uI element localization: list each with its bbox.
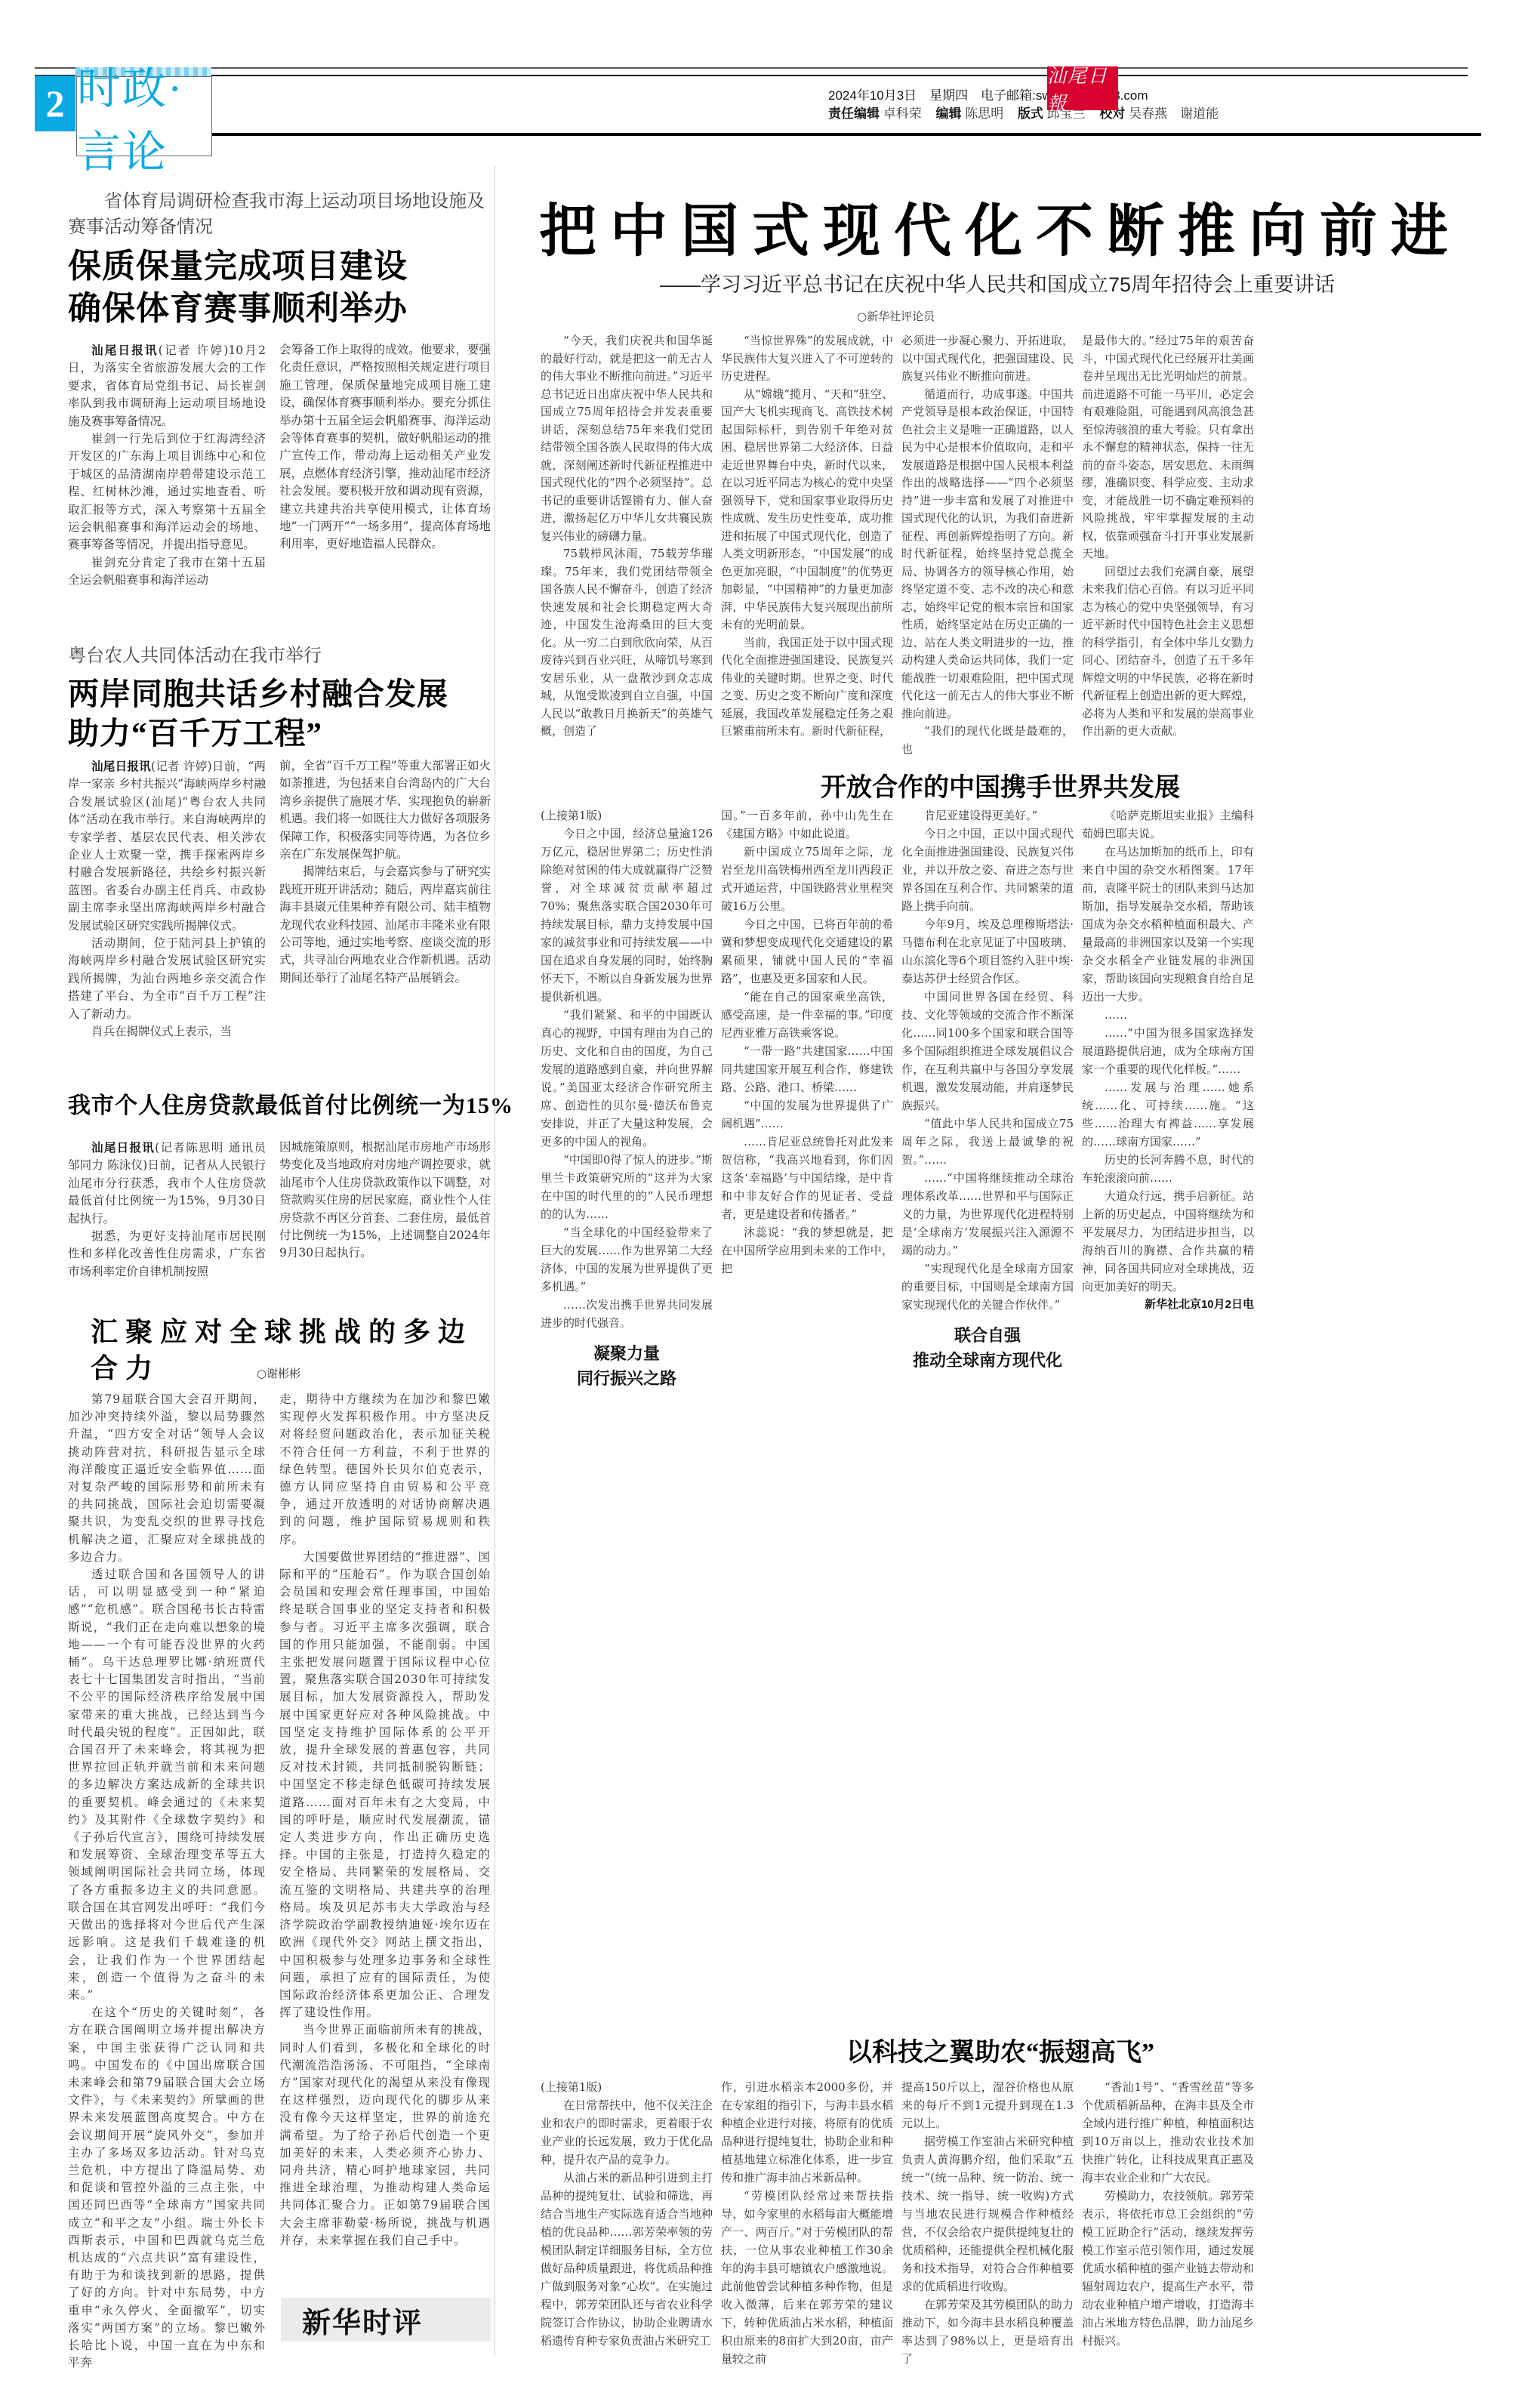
paragraph: 在马达加斯加的纸币上，印有来自中国的杂交水稻图案。17年前，袁隆平院士的团队来到… [1082,843,1254,1006]
paragraph: 大国要做世界团结的“推进器”、国际和平的“压舱石”。作为联合国创始会员国和安理会… [279,1549,491,2021]
paragraph: “劳模团队经常过来帮扶指导，如今家里的水稻每亩大概能增产一、两百斤。”对于劳模团… [721,2187,893,2368]
paragraph: 前，全省“百千万工程”等重大部署正如火如荼推进，为包括来自台湾岛内的广大台湾乡亲… [279,757,491,863]
paragraph: 在郭芳荣及其劳模团队的助力推动下，如今海丰县水稻良种覆盖率达到了98%以上，更是… [901,2295,1074,2368]
crossstrait-headline: 两岸同胞共话乡村融合发展 助力“百千万工程” [68,674,491,753]
agri-col-2: 作，引进水稻亲本2000多份，并在专家组的指引下，与海丰县水稻种植企业进行对接，… [721,2078,893,2368]
sports-headline-line2: 确保体育赛事顺利举办 [68,288,491,330]
paragraph: 今日之中国，正以中国式现代化全面推进强国建设、民族复兴伟业，并以开放之姿、奋进之… [901,825,1074,915]
masthead-thick-rule [211,133,1481,136]
paragraph: “中国的发展为世界提供了广阔机遇”…… [721,1096,893,1133]
column-divider [495,166,495,2356]
sports-headline: 保质保量完成项目建设 确保体育赛事顺利举办 [68,245,491,330]
paragraph: “中国即0得了惊人的进步。”斯里兰卡政策研究所的“这并为大家在中国的时代里的的”… [541,1151,713,1223]
crossstrait-headline-line2: 助力“百千万工程” [68,714,491,753]
paragraph: 作，引进水稻亲本2000多份，并在专家组的指引下，与海丰县水稻种植企业进行对接，… [721,2078,893,2187]
paragraph: “今天，我们庆祝共和国华诞的最好行动，就是把这一前无古人的伟大事业不断推向前进。… [541,332,713,545]
subhead-line: 联合自强 [901,1323,1074,1348]
agri-col-1: (上接第1版) 在日常帮扶中，他不仅关注企业和农户的即时需求，更着眼于农业产业的… [541,2078,713,2350]
multilateral-author: ○谢彬彬 [257,1365,300,1381]
paragraph: 活动期间，位于陆河县上护镇的海峡两岸乡村融合发展试验区研究实践所揭牌，为汕台两地… [68,935,266,1023]
paragraph: 75载栉风沐雨，75载芳华璀璨。75年来，我们党团结带领全国各族人民不懈奋斗，创… [541,545,713,741]
masthead-top-rule [35,67,1468,69]
paragraph: “我们紧紧、和平的中国既认真心的视野，中国有理由为自己的历史、文化和自由的国度，… [541,1006,713,1151]
openness-subhead-2: 联合自强 推动全球南方现代化 [901,1323,1074,1373]
masthead-rule [35,75,1468,76]
staff-credits: 责任编辑 卓科荣 编辑 陈思明 版式 邱宝兰 校对 吴春燕 谢道能 [828,105,1229,123]
paragraph: ……“中国为很多国家选择发展道路提供启迪，成为全球南方国家一个重要的现代化样板。… [1082,1024,1254,1078]
paragraph: 崔剑充分肯定了我市在第十五届全运会帆船赛事和海洋运动 [68,554,266,590]
paragraph: 肖兵在揭牌仪式上表示，当 [68,1023,266,1041]
paragraph: ……“中国将继续推动全球治理体系改革……世界和平与国际正义的力量，为世界现代化进… [901,1169,1074,1259]
section-title: 时政·言论 [76,76,212,156]
openness-col-1: (上接第1版) 今日之中国，经济总量逾126万亿元，稳居世界第二；历史性消除绝对… [541,806,713,1398]
sports-col-2: 会筹备工作上取得的成效。他要求，要强化责任意识，严格按照相关规定进行项目施工管理… [279,341,491,553]
paragraph: 会筹备工作上取得的成效。他要求，要强化责任意识，严格按照相关规定进行项目施工管理… [279,341,491,553]
openness-col-4: 《哈萨克斯坦实业报》主编科茹姆巴耶夫说。在马达加斯加的纸币上，印有来自中国的杂交… [1082,806,1254,1314]
subhead-line: 推动全球南方现代化 [901,1348,1074,1373]
openness-col-2: 国。”一百多年前，孙中山先生在《建国方略》中如此说道。新中国成立75周年之际，龙… [721,806,893,1278]
openness-headline: 开放合作的中国携手世界共发展 [521,766,1480,803]
openness-col-3: 肯尼亚建设得更美好。”今日之中国，正以中国式现代化全面推进强国建设、民族复兴伟业… [901,806,1074,1380]
paragraph: 今日之中国，经济总量逾126万亿元，稳居世界第二；历史性消除绝对贫困的伟大成就赢… [541,825,713,1006]
dateline-lead: 汕尾日报讯 [91,1140,155,1155]
paragraph: 必须进一步凝心聚力、开拓进取，以中国式现代化，把强国建设、民族复兴伟业不断推向前… [901,332,1074,386]
paragraph: 日前，“两岸一家亲 乡村共振兴”海峡两岸乡村融合发展试验区(汕尾)“粤台农人共同… [68,760,266,933]
news-dateline: 新华社北京10月2日电 [1082,1296,1254,1314]
housing-col-2: 因城施策原则，根据汕尾市房地产市场形势变化及当地政府对房地产调控要求，就汕尾市个… [279,1139,491,1263]
continued-note: (上接第1版) [541,806,713,825]
paragraph: 第79届联合国大会召开期间，加沙冲突持续外溢，黎以局势骤然升温，“四方安全对话”… [68,1391,266,1566]
agri-headline: 以科技之翼助农“振翅高飞” [521,2031,1480,2068]
openness-col-1-body: 今日之中国，经济总量逾126万亿元，稳居世界第二；历史性消除绝对贫困的伟大成就赢… [541,825,713,1332]
editorial-title: 把中国式现代化不断推向前进 [521,185,1480,267]
continued-note: (上接第1版) [541,2078,713,2096]
paragraph: 据劳模工作室油占米研究种植负责人黄海鹏介绍，他们采取“五统一”(统一品种、统一防… [901,2132,1074,2295]
paragraph: 沐蕊说：“我的梦想就是，把在中国所学应用到未来的工作中，把 [721,1223,893,1278]
agri-col-1-body: 在日常帮扶中，他不仅关注企业和农户的即时需求，更着眼于农业产业的长远发展，致力于… [541,2096,713,2350]
newspaper-logo: 汕尾日報 [1047,66,1118,110]
crossstrait-headline-line1: 两岸同胞共话乡村融合发展 [68,674,491,714]
sports-col-1: 汕尾日报讯(记者 许婷)10月2日，为落实全省旅游发展大会的工作要求，省体育局党… [68,341,266,590]
agri-col-4: “香汕1号”、“香雪丝苗”等多个优质稻新品种，在海丰县及全市全域内进行推广种植，… [1082,2078,1254,2350]
masthead-info: 2024年10月3日 星期四 电子邮箱:swrbywb@163.com 责任编辑… [828,87,1229,123]
paragraph: “当惊世界殊”的发展成就，中华民族伟大复兴进入了不可逆转的历史进程。 [721,332,893,386]
multilateral-col-1: 第79届联合国大会召开期间，加沙冲突持续外溢，黎以局势骤然升温，“四方安全对话”… [68,1391,266,2372]
paragraph: 新中国成立75周年之际，龙岩至龙川高铁梅州西至龙川西段正式开通运营，中国铁路营业… [721,843,893,915]
page-number: 2 [35,76,75,131]
paragraph: 崔剑一行先后到位于红海湾经济开发区的广东海上项目训练中心和位于城区的品清湖南岸碧… [68,430,266,554]
paragraph: 提高150斤以上，湿谷价格也从原来的每斤不到1元提升到现在1.3元以上。 [901,2078,1074,2132]
paragraph: 从“嫦娥”揽月、“天和”驻空、国产大飞机实现商飞、高铁技术树起国际标杆，到告别千… [721,386,893,634]
paragraph: 从油占米的新品种引进到主打品种的提纯复壮、试验和筛选，再结合当地生产实际选育适合… [541,2169,713,2350]
openness-subhead-1: 凝聚力量 同行振兴之路 [541,1341,713,1391]
paragraph: ……次发出携手世界共同发展进步的时代强音。 [541,1296,713,1332]
staff-name: 卓科荣 [883,106,922,121]
crossstrait-kicker: 粤台农人共同体活动在我市举行 [68,643,491,669]
paragraph: 透过联合国和各国领导人的讲话，可以明显感受到一种“紧迫感”“危机感”。联合国秘书… [68,1566,266,2004]
paragraph: “我们的现代化既是最难的，也 [901,723,1074,758]
paragraph: 回望过去我们充满自豪，展望未来我们信心百倍。有以习近平同志为核心的党中央坚强领导… [1082,563,1254,741]
paragraph: 揭牌结束后，与会嘉宾参与了研究实践班开班开讲活动；随后，两岸嘉宾前往海丰县崴元佳… [279,863,491,987]
multilateral-col-2: 走，期待中方继续为在加沙和黎巴嫩实现停火发挥积极作用。中方坚决反对将经贸问题政治… [279,1391,491,2249]
dateline-lead: 汕尾日报讯 [91,343,159,357]
openness-col-4-body: 《哈萨克斯坦实业报》主编科茹姆巴耶夫说。在马达加斯加的纸币上，印有来自中国的杂交… [1082,806,1254,1296]
dateline-lead: 汕尾日报讯 [91,759,151,773]
column-label-xinhua-commentary: 新华时评 [281,2298,491,2342]
subhead-line: 同行振兴之路 [541,1366,713,1391]
staff-name: 陈思明 [965,106,1003,121]
paragraph: 在这个“历史的关键时刻”，各方在联合国阐明立场并提出解决方案，中国主张获得广泛认… [68,2004,266,2372]
paragraph: 《哈萨克斯坦实业报》主编科茹姆巴耶夫说。 [1082,806,1254,843]
editorial-col-4: 是最伟大的。”经过75年的艰苦奋斗，中国式现代化已经展开壮美画卷并呈现出无比光明… [1082,332,1254,741]
crossstrait-col-1: 汕尾日报讯(记者 许婷)日前，“两岸一家亲 乡村共振兴”海峡两岸乡村融合发展试验… [68,757,266,1041]
paragraph: “实现现代化是全球南方国家的重要目标，中国则是全球南方国家实现现代化的关键合作伙… [901,1259,1074,1314]
paragraph: 走，期待中方继续为在加沙和黎巴嫩实现停火发挥积极作用。中方坚决反对将经贸问题政治… [279,1391,491,1549]
sports-headline-line1: 保质保量完成项目建设 [68,245,491,288]
reporter-byline: (记者 许婷) [159,344,229,357]
paragraph: 劳模助力，农技领航。郭芳荣表示，将依托市总工会组织的“劳模工匠助企行”活动，继续… [1082,2187,1254,2350]
staff-label: 责任编辑 [828,106,880,121]
editorial-author: ○新华社评论员 [857,308,935,324]
paragraph: 历史的长河奔腾不息，时代的车轮滚滚向前…… [1082,1151,1254,1187]
paragraph: “香汕1号”、“香雪丝苗”等多个优质稻新品种，在海丰县及全市全域内进行推广种植，… [1082,2078,1254,2187]
paragraph: 今日之中国，已将百年前的希冀和梦想变成现代化交通建设的累累硕果，铺就中国人民的“… [721,915,893,988]
issue-date-line: 2024年10月3日 星期四 电子邮箱:swrbywb@163.com [828,87,1229,105]
editorial-col-1: “今天，我们庆祝共和国华诞的最好行动，就是把这一前无古人的伟大事业不断推向前进。… [541,332,713,741]
paragraph: 据悉，为更好支持汕尾市居民刚性和多样化改善性住房需求，广东省市场利率定价自律机制… [68,1228,266,1281]
paragraph: “当全球化的中国经验带来了巨大的发展……作为世界第二大经济体，中国的发展为世界提… [541,1223,713,1296]
paragraph: ……肯尼亚总统鲁托对此发来贺信称，“我高兴地看到，你们因这条‘幸福路’与中国结缘… [721,1133,893,1223]
reporter-byline: (记者 许婷) [151,760,212,773]
paragraph: “能在自己的国家乘坐高铁，感受高速，是一件幸福的事。”印度尼西亚雅万高铁乘客说。 [721,988,893,1042]
paragraph: 肯尼亚建设得更美好。” [901,806,1074,825]
editorial-col-3: 必须进一步凝心聚力、开拓进取，以中国式现代化，把强国建设、民族复兴伟业不断推向前… [901,332,1074,758]
staff-label: 版式 [1018,106,1043,121]
paragraph: 循道而行，功成事遂。中国共产党领导是根本政治保证，中国特色社会主义是唯一正确道路… [901,386,1074,723]
housing-headline: 我市个人住房贷款最低首付比例统一为15% [68,1091,495,1121]
paragraph: “值此中华人民共和国成立75周年之际，我送上最诚挚的祝贺。”…… [901,1115,1074,1169]
crossstrait-col-2: 前，全省“百千万工程”等重大部署正如火如荼推进，为包括来自台湾岛内的广大台湾乡亲… [279,757,491,987]
paragraph: 今年9月，埃及总理穆斯塔法·马德布利在北京见证了中国玻璃、山东滨化等6个项目签约… [901,915,1074,988]
openness-col-3-body: 肯尼亚建设得更美好。”今日之中国，正以中国式现代化全面推进强国建设、民族复兴伟业… [901,806,1074,1314]
editorial-col-2: “当惊世界殊”的发展成就，中华民族伟大复兴进入了不可逆转的历史进程。从“嫦娥”揽… [721,332,893,741]
paragraph: …… [1082,1006,1254,1024]
agri-col-3: 提高150斤以上，湿谷价格也从原来的每斤不到1元提升到现在1.3元以上。据劳模工… [901,2078,1074,2368]
staff-label: 编辑 [935,106,961,121]
housing-col-1: 汕尾日报讯(记者陈思明 通讯员 邹同力 陈泳仪)日前，记者从人民银行汕尾市分行获… [68,1139,266,1281]
editorial-subtitle: ——学习习近平总书记在庆祝中华人民共和国成立75周年招待会上重要讲话 [518,268,1477,298]
staff-name: 吴春燕 谢道能 [1129,106,1219,121]
subhead-line: 凝聚力量 [541,1341,713,1366]
paragraph: 当今世界正面临前所未有的挑战，同时人们看到，多极化和全球化的时代潮流浩浩汤汤、不… [279,2021,491,2249]
paragraph: 是最伟大的。”经过75年的艰苦奋斗，中国式现代化已经展开壮美画卷并呈现出无比光明… [1082,332,1254,563]
paragraph: 当前，我国正处于以中国式现代化全面推进强国建设、民族复兴伟业的关键时期。世界之变… [721,634,893,741]
paragraph: 在日常帮扶中，他不仅关注企业和农户的即时需求，更着眼于农业产业的长远发展，致力于… [541,2096,713,2169]
paragraph: ……发展与治理……她系统……化、可持续……施。“这些……治理大有裨益……享发展的… [1082,1078,1254,1151]
sports-kicker: 省体育局调研检查我市海上运动项目场地设施及赛事活动筹备情况 [68,189,491,240]
paragraph: “一带一路”共建国家……中国同共建国家开展互利合作，修建铁路、公路、港口、桥梁…… [721,1042,893,1096]
paragraph: 因城施策原则，根据汕尾市房地产市场形势变化及当地政府对房地产调控要求，就汕尾市个… [279,1139,491,1263]
paragraph: 大道众行远，携手启新征。站上新的历史起点，中国将继续为和平发展尽力，为团结进步担… [1082,1187,1254,1296]
paragraph: 国。”一百多年前，孙中山先生在《建国方略》中如此说道。 [721,806,893,843]
paragraph: 中国同世界各国在经贸、科技、文化等领域的交流合作不断深化……同100多个国家和联… [901,988,1074,1115]
